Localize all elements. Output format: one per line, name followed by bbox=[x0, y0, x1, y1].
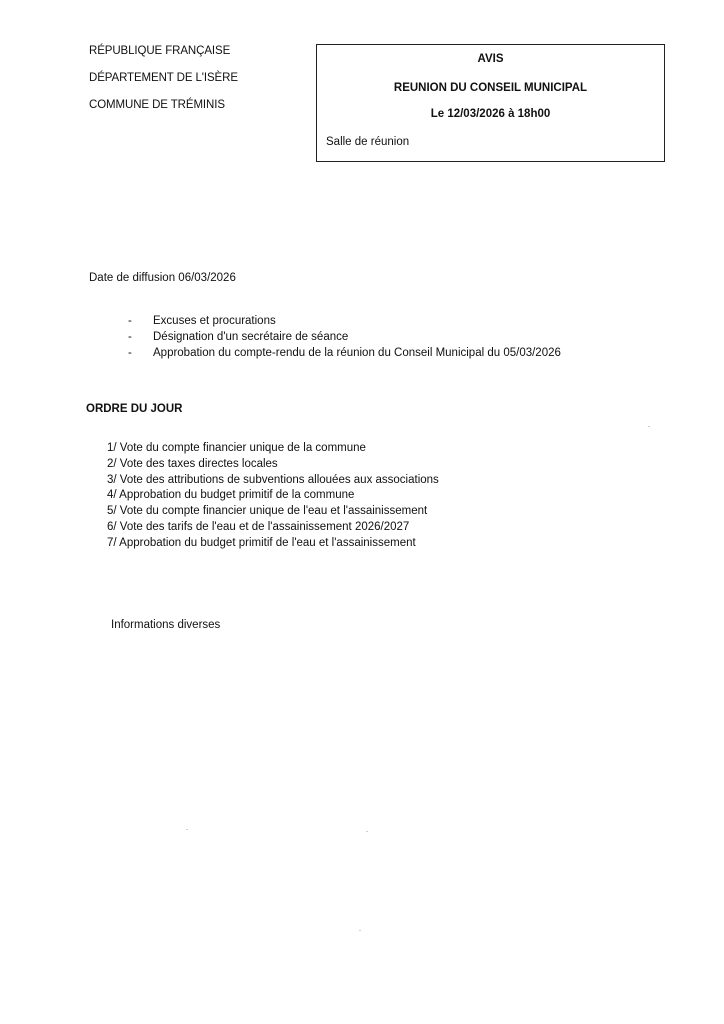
agenda-item: 1/ Vote du compte financier unique de la… bbox=[107, 441, 439, 457]
dash-bullet-icon: - bbox=[128, 345, 138, 361]
scan-artifact bbox=[359, 930, 361, 931]
scan-artifact bbox=[366, 831, 368, 832]
agenda-item: 7/ Approbation du budget primitif de l'e… bbox=[107, 536, 439, 552]
dash-bullet-icon: - bbox=[128, 329, 138, 345]
agenda-item: 6/ Vote des tarifs de l'eau et de l'assa… bbox=[107, 520, 439, 536]
agenda-heading: ORDRE DU JOUR bbox=[86, 403, 182, 415]
misc-information: Informations diverses bbox=[111, 619, 220, 631]
agenda-item: 2/ Vote des taxes directes locales bbox=[107, 457, 439, 473]
scan-artifact bbox=[648, 426, 650, 427]
header-department: DÉPARTEMENT DE L'ISÈRE bbox=[89, 72, 238, 84]
header-commune: COMMUNE DE TRÉMINIS bbox=[89, 99, 225, 111]
agenda-item: 3/ Vote des attributions de subventions … bbox=[107, 473, 439, 489]
notice-title: AVIS bbox=[317, 53, 664, 65]
scan-artifact bbox=[186, 829, 188, 830]
dash-bullet-icon: - bbox=[128, 313, 138, 329]
agenda-item: 4/ Approbation du budget primitif de la … bbox=[107, 488, 439, 504]
diffusion-date: Date de diffusion 06/03/2026 bbox=[89, 272, 236, 284]
agenda-item: 5/ Vote du compte financier unique de l'… bbox=[107, 504, 439, 520]
header-republic: RÉPUBLIQUE FRANÇAISE bbox=[89, 45, 230, 57]
notice-box: AVIS REUNION DU CONSEIL MUNICIPAL Le 12/… bbox=[316, 44, 665, 162]
notice-location: Salle de réunion bbox=[326, 136, 409, 148]
notice-subtitle: REUNION DU CONSEIL MUNICIPAL bbox=[317, 82, 664, 94]
notice-datetime: Le 12/03/2026 à 18h00 bbox=[317, 108, 664, 120]
agenda-list: 1/ Vote du compte financier unique de la… bbox=[107, 441, 439, 552]
